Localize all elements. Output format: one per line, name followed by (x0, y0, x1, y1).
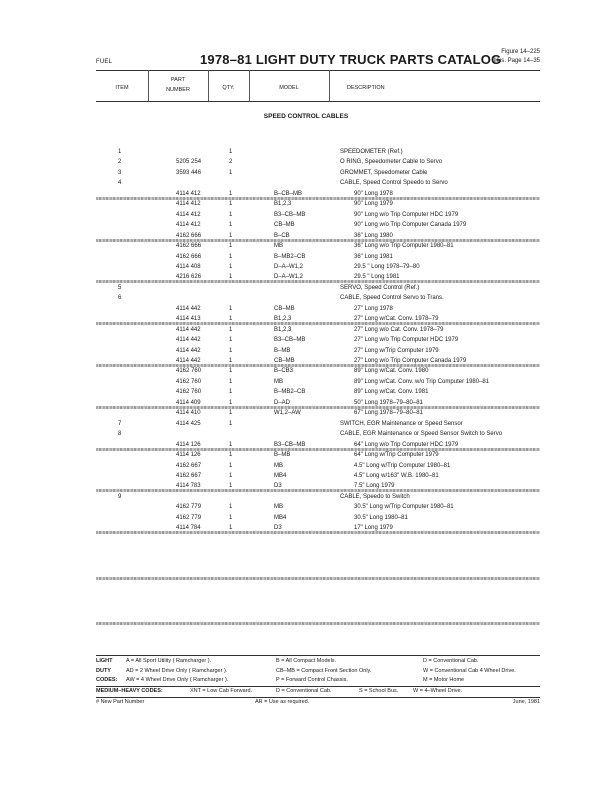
row-model: B–CB3 (274, 366, 293, 377)
header-bottom-rule (96, 101, 540, 102)
light-duty-codes-label: LIGHT DUTY CODES: (96, 657, 117, 686)
row-description: 29.5 " Long 1978–79–80 (354, 262, 420, 273)
row-description: CABLE, Speed Control Servo to Trans. (340, 293, 444, 304)
row-model: CB–MB (274, 304, 295, 315)
row-part-number: 4114 410 (176, 408, 201, 419)
row-quantity: 1 (229, 241, 232, 252)
column-header-qty: QTY. (208, 85, 249, 91)
page-title: 1978–81 LIGHT DUTY TRUCK PARTS CATALOG (200, 52, 501, 67)
row-quantity: 1 (229, 262, 232, 273)
medium-heavy-codes-label: MEDIUM–HEAVY CODES: (96, 687, 163, 697)
row-model: B3–CB–MB (274, 210, 305, 221)
column-header-description: DESCRIPTION (347, 85, 385, 91)
table-row: 4114 4121CB–MB90" Long w/o Trip Computer… (96, 220, 540, 231)
row-quantity: 1 (229, 450, 232, 461)
table-row: 4162 6671MB44.5" Long w/163" W.B. 1980–8… (96, 471, 540, 482)
row-description: 4.5" Long w/Trip Computer 1980–81 (354, 461, 450, 472)
table-row: 4114 4421B3–CB–MB27" Long w/o Trip Compu… (96, 335, 540, 346)
table-row: 33593 4461GROMMET, Speedometer Cable (96, 168, 540, 179)
row-description: 90" Long w/o Trip Computer Canada 1979 (354, 220, 466, 231)
row-item-number: 4 (118, 178, 121, 189)
illustration-page: Illus. Page 14–35 (494, 57, 540, 66)
medium-heavy-code: W = 4–Wheel Drive. (413, 687, 462, 697)
row-part-number: 4162 667 (176, 461, 201, 472)
row-quantity: 1 (229, 346, 232, 357)
row-part-number: 5205 254 (176, 157, 201, 168)
row-model: D–A–W1,2 (274, 262, 303, 273)
table-row: 4162 6661B–MB2–CB36" Long 1981 (96, 252, 540, 263)
table-row: 4114 4081D–A–W1,229.5 " Long 1978–79–80 (96, 262, 540, 273)
row-description: 89" Long w/Cat. Conv. 1980 (354, 366, 428, 377)
row-description: 36" Long 1981 (354, 252, 393, 263)
row-model: B3–CB–MB (274, 335, 305, 346)
row-divider-band (96, 531, 540, 534)
table-row: 4162 6661MB36" Long w/o Trip Computer 19… (96, 241, 540, 252)
table-row: 4114 4421B–MB27" Long w/Trip Computer 19… (96, 346, 540, 357)
row-quantity: 1 (229, 419, 232, 430)
legend-top-rule (96, 655, 540, 656)
column-divider (329, 70, 330, 101)
column-header-part-line1: PART (148, 75, 208, 85)
row-model: MB (274, 377, 283, 388)
column-header-part-line2: NUMBER (148, 85, 208, 95)
row-quantity: 1 (229, 408, 232, 419)
new-part-note: # New Part Number (96, 698, 144, 708)
legend-column-1: A = All Sport Utility ( Ramcharger ). AD… (126, 657, 228, 686)
table-row: 4114 4121B3–CB–MB90" Long w/o Trip Compu… (96, 210, 540, 221)
row-part-number: 4114 442 (176, 304, 201, 315)
row-model: MB (274, 502, 283, 513)
row-part-number: 4162 666 (176, 241, 201, 252)
row-description: 89" Long w/Cat. Conv. 1981 (354, 387, 428, 398)
table-row: 4114 4421B1,2,327" Long w/o Cat. Conv. 1… (96, 325, 540, 336)
table-row: 11SPEEDOMETER (Ref.) (96, 147, 540, 158)
row-item-number: 9 (118, 492, 121, 503)
row-part-number: 4162 760 (176, 377, 201, 388)
legend-column-2: B = All Compact Models. CB–MB = Compact … (276, 657, 371, 686)
row-description: 67" Long 1978–79–80–81 (354, 408, 423, 419)
row-quantity: 1 (229, 199, 232, 210)
row-description: SPEEDOMETER (Ref.) (340, 147, 403, 158)
row-item-number: 3 (118, 168, 121, 179)
row-quantity: 1 (229, 502, 232, 513)
row-quantity: 1 (229, 304, 232, 315)
row-quantity: 1 (229, 147, 232, 158)
table-row: 9CABLE, Speedo to Switch (96, 492, 540, 503)
row-quantity: 1 (229, 377, 232, 388)
row-item-number: 8 (118, 429, 121, 440)
medium-heavy-code: S = School Bus. (359, 687, 398, 697)
row-quantity: 1 (229, 335, 232, 346)
row-item-number: 7 (118, 419, 121, 430)
row-description: 64" Long w/Trip Computer 1979 (354, 450, 439, 461)
row-model: B1,2,3 (274, 325, 291, 336)
row-quantity: 1 (229, 325, 232, 336)
table-row: 25205 2542O RING, Speedometer Cable to S… (96, 157, 540, 168)
row-description: 36" Long w/o Trip Computer 1980–81 (354, 241, 454, 252)
row-item-number: 6 (118, 293, 121, 304)
row-part-number: 4114 425 (176, 419, 201, 430)
row-part-number: 4114 442 (176, 346, 201, 357)
row-description: CABLE, EGR Maintenance or Speed Sensor S… (340, 429, 502, 440)
row-quantity: 1 (229, 210, 232, 221)
row-divider-band (96, 622, 540, 625)
table-row: 4162 7791MB430.5" Long 1980–81 (96, 513, 540, 524)
table-row: 4162 7601MB89" Long w/Cat. Conv. w/o Tri… (96, 377, 540, 388)
table-row: 4162 7601B–CB389" Long w/Cat. Conv. 1980 (96, 366, 540, 377)
legend-bottom-rule (96, 697, 540, 698)
row-description: 30.5" Long 1980–81 (354, 513, 408, 524)
row-model: B–MB (274, 450, 290, 461)
row-model: W1,2–AW (274, 408, 301, 419)
row-quantity: 1 (229, 252, 232, 263)
as-required-note: AR = Use as required. (255, 698, 309, 708)
figure-reference: Figure 14–225 Illus. Page 14–35 (494, 48, 540, 66)
row-quantity: 1 (229, 220, 232, 231)
table-row: 4114 4101W1,2–AW67" Long 1978–79–80–81 (96, 408, 540, 419)
row-quantity: 1 (229, 461, 232, 472)
row-quantity: 1 (229, 366, 232, 377)
row-part-number: 4114 412 (176, 199, 201, 210)
row-model: MB (274, 461, 283, 472)
row-part-number: 4114 126 (176, 450, 201, 461)
row-quantity: 1 (229, 513, 232, 524)
publication-date: June, 1981 (513, 698, 540, 708)
row-model: B–MB2–CB (274, 252, 305, 263)
row-description: 30.5" Long w/Trip Computer 1980–81 (354, 502, 454, 513)
row-description: 27" Long w/Trip Computer 1979 (354, 346, 439, 357)
row-description: 4.5" Long w/163" W.B. 1980–81 (354, 471, 439, 482)
row-description: SERVO, Speed Control (Ref.) (340, 283, 419, 294)
row-description: 27" Long w/o Trip Computer HDC 1979 (354, 335, 458, 346)
row-part-number: 4114 442 (176, 335, 201, 346)
row-quantity: 1 (229, 387, 232, 398)
medium-heavy-code: D = Conventional Cab. (276, 687, 332, 697)
row-description: 90" Long w/o Trip Computer HDC 1979 (354, 210, 458, 221)
row-description: SWITCH, EGR Maintenance or Speed Sensor (340, 419, 463, 430)
section-subtitle: SPEED CONTROL CABLES (0, 113, 612, 120)
row-item-number: 1 (118, 147, 121, 158)
table-row: 4CABLE, Speed Control Speedo to Servo (96, 178, 540, 189)
row-description: CABLE, Speedo to Switch (340, 492, 410, 503)
row-model: B–MB (274, 346, 290, 357)
row-model: B–MB2–CB (274, 387, 305, 398)
medium-heavy-code: XNT = Low Cab Forward. (190, 687, 252, 697)
section-label: FUEL (96, 59, 112, 65)
row-part-number: 4162 666 (176, 252, 201, 263)
table-row: 4162 7791MB30.5" Long w/Trip Computer 19… (96, 502, 540, 513)
row-description: O RING, Speedometer Cable to Servo (340, 157, 442, 168)
table-row: 4114 1261B–MB64" Long w/Trip Computer 19… (96, 450, 540, 461)
table-row: 74114 4251SWITCH, EGR Maintenance or Spe… (96, 419, 540, 430)
row-description: 89" Long w/Cat. Conv. w/o Trip Computer … (354, 377, 489, 388)
column-header-part-number: PART NUMBER (148, 75, 208, 95)
row-description: GROMMET, Speedometer Cable (340, 168, 427, 179)
row-part-number: 4114 408 (176, 262, 201, 273)
row-part-number: 4162 779 (176, 502, 201, 513)
row-part-number: 4114 412 (176, 210, 201, 221)
table-row: 8CABLE, EGR Maintenance or Speed Sensor … (96, 429, 540, 440)
figure-number: Figure 14–225 (494, 48, 540, 57)
row-item-number: 5 (118, 283, 121, 294)
row-model: MB4 (274, 471, 286, 482)
row-quantity: 2 (229, 157, 232, 168)
column-header-item: ITEM (96, 85, 148, 91)
table-row: 4162 6671MB4.5" Long w/Trip Computer 198… (96, 461, 540, 472)
row-part-number: 4162 779 (176, 513, 201, 524)
row-model: MB4 (274, 513, 286, 524)
row-part-number: 3593 446 (176, 168, 201, 179)
table-row: 6CABLE, Speed Control Servo to Trans. (96, 293, 540, 304)
row-part-number: 4114 442 (176, 325, 201, 336)
table-row: 4114 4421CB–MB27" Long 1978 (96, 304, 540, 315)
table-row: 5SERVO, Speed Control (Ref.) (96, 283, 540, 294)
row-part-number: 4162 760 (176, 366, 201, 377)
row-model: CB–MB (274, 220, 295, 231)
row-model: B1,2,3 (274, 199, 291, 210)
row-description: 27" Long w/o Cat. Conv. 1978–79 (354, 325, 443, 336)
row-quantity: 1 (229, 471, 232, 482)
row-item-number: 2 (118, 157, 121, 168)
row-model: MB (274, 241, 283, 252)
row-description: 90" Long 1979 (354, 199, 393, 210)
row-description: 27" Long 1978 (354, 304, 393, 315)
table-row: 4114 4121B1,2,390" Long 1979 (96, 199, 540, 210)
row-divider-band (96, 577, 540, 580)
table-row: 4162 7601B–MB2–CB89" Long w/Cat. Conv. 1… (96, 387, 540, 398)
column-header-model: MODEL (249, 85, 329, 91)
row-description: CABLE, Speed Control Speedo to Servo (340, 178, 448, 189)
row-quantity: 1 (229, 168, 232, 179)
legend-column-3: D = Conventional Cab. W = Conventional C… (423, 657, 516, 686)
row-part-number: 4114 412 (176, 220, 201, 231)
row-part-number: 4162 760 (176, 387, 201, 398)
header-top-rule (96, 70, 540, 71)
row-part-number: 4162 667 (176, 471, 201, 482)
